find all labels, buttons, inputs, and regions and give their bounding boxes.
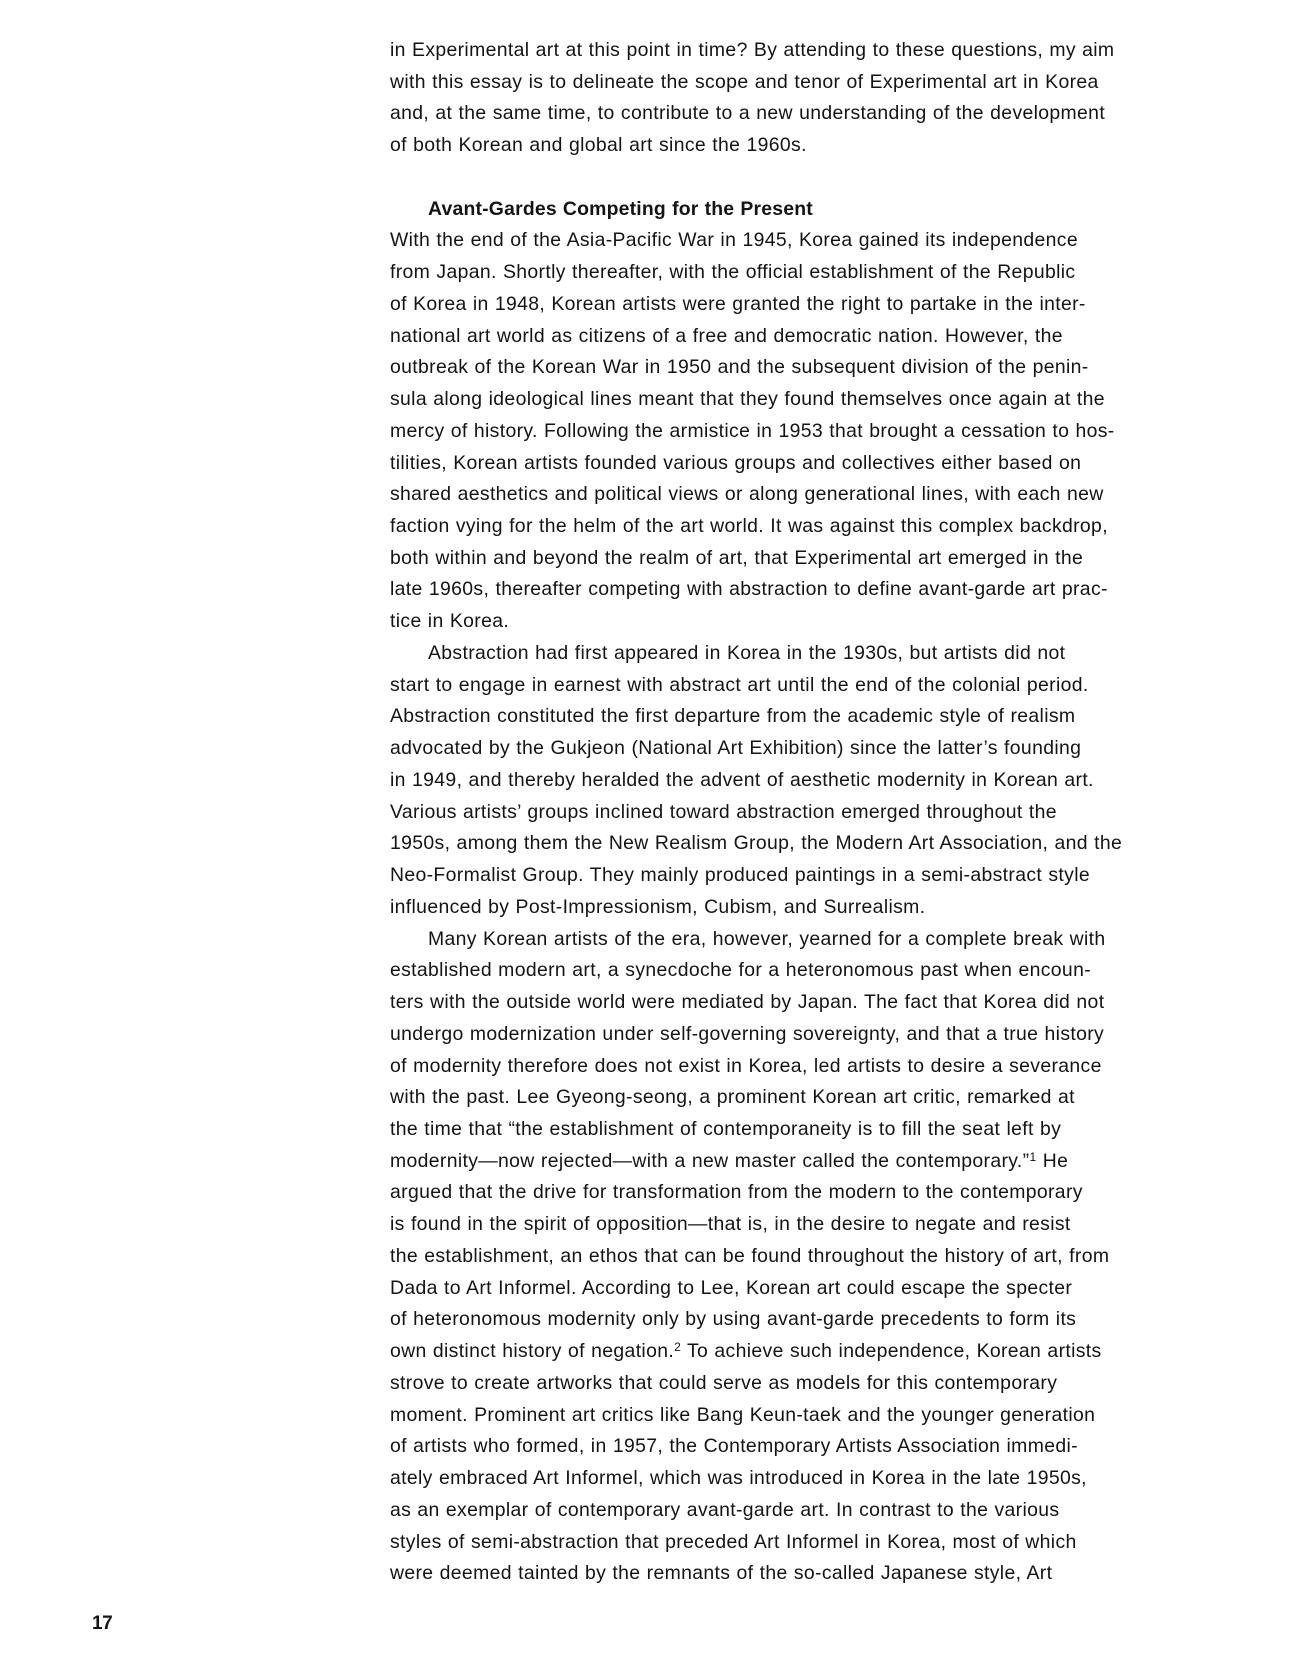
text-line: with this essay is to delineate the scop… bbox=[390, 67, 1270, 99]
text-line: styles of semi-abstraction that preceded… bbox=[390, 1527, 1270, 1559]
text-line: established modern art, a synecdoche for… bbox=[390, 955, 1270, 987]
text-segment: own distinct history of negation. bbox=[390, 1340, 674, 1362]
text-line: tilities, Korean artists founded various… bbox=[390, 448, 1270, 480]
text-line: of artists who formed, in 1957, the Cont… bbox=[390, 1431, 1270, 1463]
essay-column: in Experimental art at this point in tim… bbox=[390, 35, 1270, 1590]
text-line: from Japan. Shortly thereafter, with the… bbox=[390, 257, 1270, 289]
text-line: late 1960s, thereafter competing with ab… bbox=[390, 574, 1270, 606]
text-line: with the past. Lee Gyeong-seong, a promi… bbox=[390, 1082, 1270, 1114]
text-line: in 1949, and thereby heralded the advent… bbox=[390, 765, 1270, 797]
paragraph-2: Abstraction had first appeared in Korea … bbox=[390, 638, 1270, 924]
text-line: Abstraction had first appeared in Korea … bbox=[390, 638, 1270, 670]
text-line: undergo modernization under self-governi… bbox=[390, 1019, 1270, 1051]
text-segment: He bbox=[1037, 1150, 1069, 1172]
text-line: outbreak of the Korean War in 1950 and t… bbox=[390, 352, 1270, 384]
text-line: 1950s, among them the New Realism Group,… bbox=[390, 828, 1270, 860]
text-line: in Experimental art at this point in tim… bbox=[390, 35, 1270, 67]
text-segment: To achieve such independence, Korean art… bbox=[681, 1340, 1101, 1362]
text-line: advocated by the Gukjeon (National Art E… bbox=[390, 733, 1270, 765]
text-line: national art world as citizens of a free… bbox=[390, 321, 1270, 353]
text-line: Various artists’ groups inclined toward … bbox=[390, 797, 1270, 829]
paragraph-1: With the end of the Asia-Pacific War in … bbox=[390, 225, 1270, 638]
text-line: were deemed tainted by the remnants of t… bbox=[390, 1558, 1270, 1590]
text-line: is found in the spirit of opposition—tha… bbox=[390, 1209, 1270, 1241]
intro-paragraph: in Experimental art at this point in tim… bbox=[390, 35, 1270, 162]
page-number: 17 bbox=[92, 1613, 112, 1635]
text-line: Abstraction constituted the first depart… bbox=[390, 701, 1270, 733]
text-line: Many Korean artists of the era, however,… bbox=[390, 924, 1270, 956]
text-line: With the end of the Asia-Pacific War in … bbox=[390, 225, 1270, 257]
text-line: of both Korean and global art since the … bbox=[390, 130, 1270, 162]
text-line: of Korea in 1948, Korean artists were gr… bbox=[390, 289, 1270, 321]
text-line: start to engage in earnest with abstract… bbox=[390, 670, 1270, 702]
text-line: mercy of history. Following the armistic… bbox=[390, 416, 1270, 448]
text-line: both within and beyond the realm of art,… bbox=[390, 543, 1270, 575]
paragraph-3: Many Korean artists of the era, however,… bbox=[390, 924, 1270, 1590]
text-line: argued that the drive for transformation… bbox=[390, 1177, 1270, 1209]
text-line: ately embraced Art Informel, which was i… bbox=[390, 1463, 1270, 1495]
text-line: of heteronomous modernity only by using … bbox=[390, 1304, 1270, 1336]
text-line: Dada to Art Informel. According to Lee, … bbox=[390, 1273, 1270, 1305]
text-line: faction vying for the helm of the art wo… bbox=[390, 511, 1270, 543]
text-line: sula along ideological lines meant that … bbox=[390, 384, 1270, 416]
text-line: of modernity therefore does not exist in… bbox=[390, 1051, 1270, 1083]
text-line-with-footnote: modernity—now rejected—with a new master… bbox=[390, 1146, 1270, 1178]
text-line: shared aesthetics and political views or… bbox=[390, 479, 1270, 511]
text-line: tice in Korea. bbox=[390, 606, 1270, 638]
text-line: strove to create artworks that could ser… bbox=[390, 1368, 1270, 1400]
text-line: the time that “the establishment of cont… bbox=[390, 1114, 1270, 1146]
section-gap bbox=[390, 162, 1270, 194]
text-line-with-footnote: own distinct history of negation.2 To ac… bbox=[390, 1336, 1270, 1368]
text-line: ters with the outside world were mediate… bbox=[390, 987, 1270, 1019]
text-line: the establishment, an ethos that can be … bbox=[390, 1241, 1270, 1273]
text-segment: modernity—now rejected—with a new master… bbox=[390, 1150, 1029, 1172]
text-line: and, at the same time, to contribute to … bbox=[390, 98, 1270, 130]
footnote-ref-1[interactable]: 1 bbox=[1029, 1150, 1036, 1164]
text-line: moment. Prominent art critics like Bang … bbox=[390, 1400, 1270, 1432]
text-line: Neo-Formalist Group. They mainly produce… bbox=[390, 860, 1270, 892]
text-line: influenced by Post-Impressionism, Cubism… bbox=[390, 892, 1270, 924]
section-heading: Avant-Gardes Competing for the Present bbox=[390, 194, 1270, 226]
text-line: as an exemplar of contemporary avant-gar… bbox=[390, 1495, 1270, 1527]
